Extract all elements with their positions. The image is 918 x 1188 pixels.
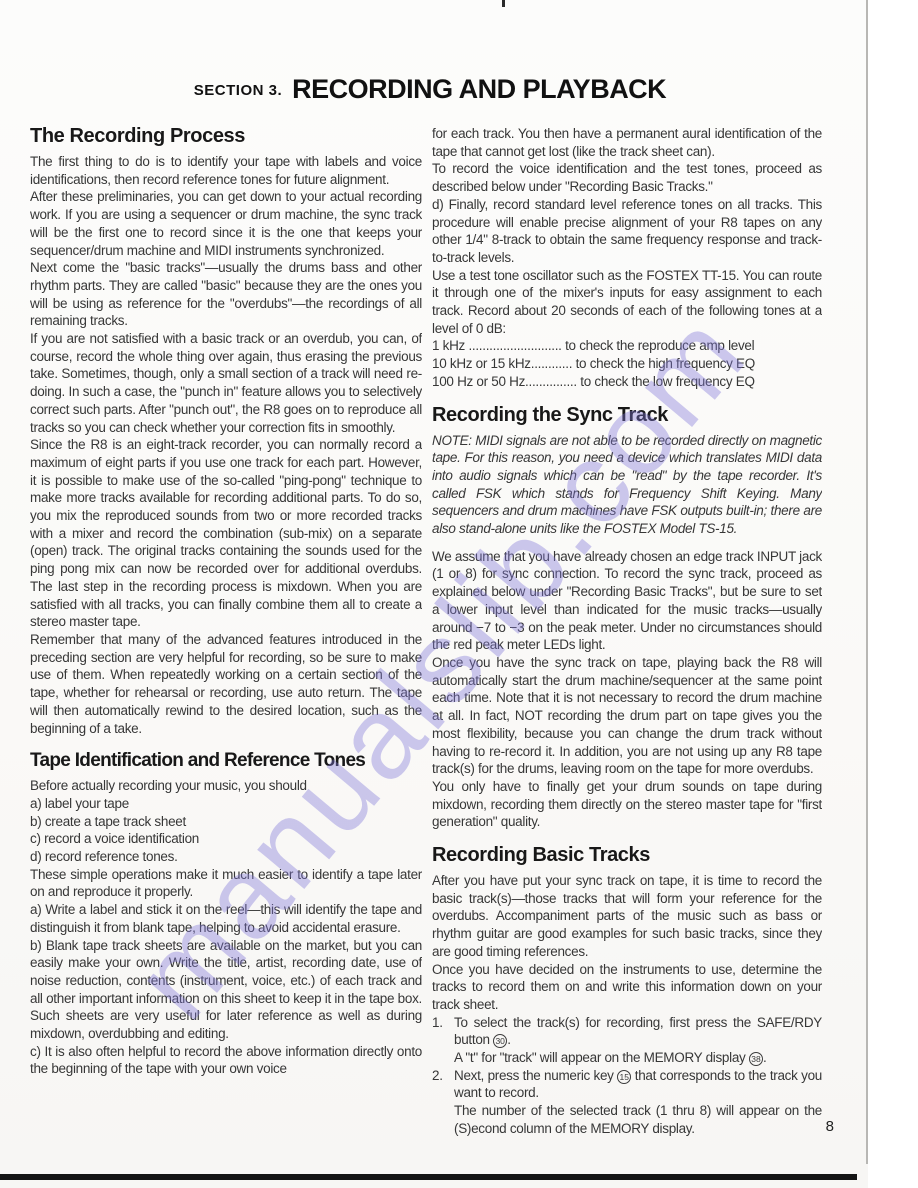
paragraph: Use a test tone oscillator such as the F… — [432, 267, 822, 338]
step-1-body: To select the track(s) for recording, fi… — [454, 1014, 822, 1067]
paragraph: The first thing to do is to identify you… — [30, 153, 422, 188]
paragraph: Once you have decided on the instruments… — [432, 961, 822, 1014]
heading-tape-identification: Tape Identification and Reference Tones — [30, 750, 422, 772]
paragraph: You only have to finally get your drum s… — [432, 778, 822, 831]
paragraph: Remember that many of the advanced featu… — [30, 631, 422, 737]
step-2-line-2: The number of the selected track (1 thru… — [454, 1102, 822, 1137]
paragraph: We assume that you have already chosen a… — [432, 548, 822, 654]
page-edge-line — [866, 0, 868, 1164]
bottom-rule — [0, 1174, 857, 1180]
step-text: . — [763, 1050, 766, 1065]
heading-recording-sync-track: Recording the Sync Track — [432, 404, 822, 427]
manual-page: SECTION 3.RECORDING AND PLAYBACK The Rec… — [0, 0, 918, 1188]
step-2-line-1: Next, press the numeric key 15 that corr… — [454, 1067, 822, 1102]
paragraph: c) It is also often helpful to record th… — [30, 1043, 422, 1078]
step-1-line-1: To select the track(s) for recording, fi… — [454, 1014, 822, 1049]
paragraph: d) Finally, record standard level refere… — [432, 196, 822, 267]
paragraph-gap — [432, 538, 822, 548]
step-2-number: 2. — [432, 1067, 454, 1138]
paragraph: for each track. You then have a permanen… — [432, 125, 822, 160]
scan-right-margin — [868, 0, 918, 1188]
circled-ref-15: 15 — [617, 1070, 631, 1084]
step-2: 2. Next, press the numeric key 15 that c… — [432, 1067, 822, 1138]
paragraph: Next come the "basic tracks"—usually the… — [30, 259, 422, 330]
list-item-b: b) create a tape track sheet — [30, 813, 422, 831]
tone-line-100hz: 100 Hz or 50 Hz............... to check … — [432, 373, 822, 391]
step-1-number: 1. — [432, 1014, 454, 1067]
list-item-a: a) label your tape — [30, 795, 422, 813]
section-header: SECTION 3.RECORDING AND PLAYBACK — [0, 74, 860, 105]
step-1: 1. To select the track(s) for recording,… — [432, 1014, 822, 1067]
circled-ref-30: 30 — [493, 1034, 507, 1048]
scan-registration-tick — [502, 0, 505, 7]
reference-tone-table: 1 kHz ........................... to che… — [432, 337, 822, 390]
paragraph: b) Blank tape track sheets are available… — [30, 937, 422, 1043]
step-text: Next, press the numeric key — [454, 1068, 617, 1083]
paragraph: Before actually recording your music, yo… — [30, 777, 422, 795]
page-number: 8 — [790, 1118, 834, 1135]
list-item-c: c) record a voice identification — [30, 830, 422, 848]
paragraph: a) Write a label and stick it on the ree… — [30, 901, 422, 936]
section-label: SECTION 3. — [194, 82, 282, 99]
paragraph: Once you have the sync track on tape, pl… — [432, 654, 822, 778]
step-1-line-2: A "t" for "track" will appear on the MEM… — [454, 1049, 822, 1067]
tone-line-1khz: 1 kHz ........................... to che… — [432, 337, 822, 355]
tone-line-10khz: 10 kHz or 15 kHz............ to check th… — [432, 355, 822, 373]
heading-recording-basic-tracks: Recording Basic Tracks — [432, 844, 822, 867]
paragraph: After you have put your sync track on ta… — [432, 872, 822, 961]
list-item-d: d) record reference tones. — [30, 848, 422, 866]
right-column: for each track. You then have a permanen… — [432, 125, 822, 1170]
paragraph: To record the voice identification and t… — [432, 160, 822, 195]
paragraph: If you are not satisfied with a basic tr… — [30, 330, 422, 436]
paragraph: Since the R8 is an eight-track recorder,… — [30, 436, 422, 631]
step-2-body: Next, press the numeric key 15 that corr… — [454, 1067, 822, 1138]
note-paragraph: NOTE: MIDI signals are not able to be re… — [432, 432, 822, 538]
left-column: The Recording Process The first thing to… — [30, 125, 422, 1170]
paragraph: After these preliminaries, you can get d… — [30, 188, 422, 259]
page-title: RECORDING AND PLAYBACK — [292, 74, 666, 104]
paragraph: These simple operations make it much eas… — [30, 866, 422, 901]
circled-ref-38: 38 — [749, 1052, 763, 1066]
step-text: A "t" for "track" will appear on the MEM… — [454, 1050, 749, 1065]
step-text: . — [507, 1032, 510, 1047]
heading-recording-process: The Recording Process — [30, 125, 422, 148]
